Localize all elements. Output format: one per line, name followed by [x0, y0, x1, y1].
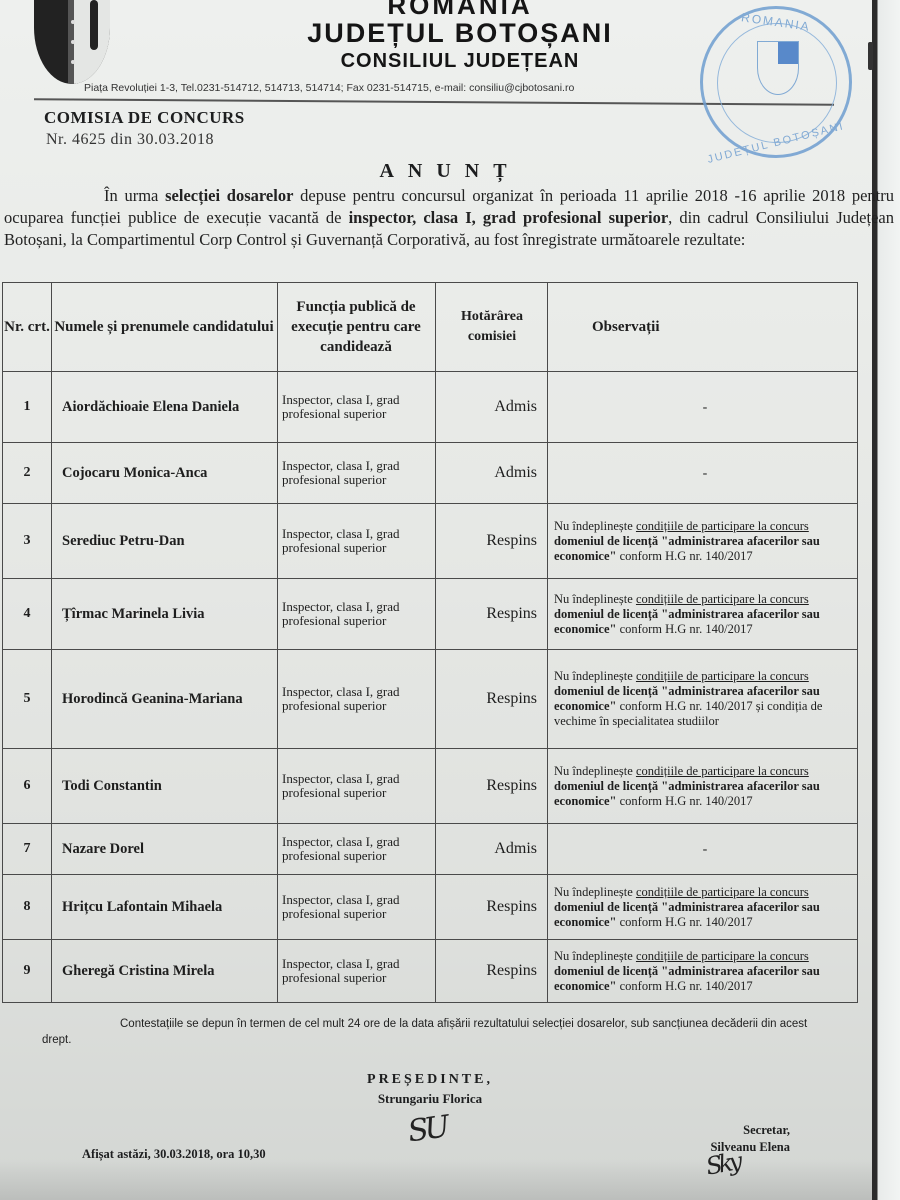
- obs-underlined: condițiile de participare la concurs: [636, 592, 809, 606]
- cell-name: Gheregă Cristina Mirela: [52, 940, 278, 1003]
- cell-function: Inspector, clasa I, grad profesional sup…: [278, 443, 436, 504]
- obs-text: conform H.G nr. 140/2017: [616, 794, 752, 808]
- header-decision: Hotărârea comisiei: [436, 283, 548, 372]
- cell-observations: Nu îndeplinește condițiile de participar…: [548, 749, 858, 824]
- cell-function: Inspector, clasa I, grad profesional sup…: [278, 650, 436, 749]
- header-address: Piața Revoluției 1-3, Tel.0231-514712, 5…: [84, 82, 804, 94]
- header-county: JUDEȚUL BOTOȘANI: [200, 18, 720, 49]
- obs-text: Nu îndeplinește: [554, 764, 636, 778]
- cell-observations: -: [548, 824, 858, 875]
- cell-name: Nazare Dorel: [52, 824, 278, 875]
- cell-decision: Respins: [436, 579, 548, 650]
- president-title: PREȘEDINTE,: [280, 1072, 580, 1088]
- cell-nr: 5: [3, 650, 52, 749]
- obs-text: Nu îndeplinește: [554, 592, 636, 606]
- cell-nr: 9: [3, 940, 52, 1003]
- cell-decision: Respins: [436, 749, 548, 824]
- cell-nr: 8: [3, 875, 52, 940]
- obs-underlined: condițiile de participare la concurs: [636, 519, 809, 533]
- cell-name: Hrițcu Lafontain Mihaela: [52, 875, 278, 940]
- table-row: 2Cojocaru Monica-AncaInspector, clasa I,…: [3, 443, 858, 504]
- posted-date: Afișat astăzi, 30.03.2018, ora 10,30: [82, 1147, 266, 1162]
- cell-decision: Respins: [436, 504, 548, 579]
- intro-bold: selecției dosarelor: [165, 186, 293, 205]
- cell-decision: Respins: [436, 875, 548, 940]
- appeal-notice: Contestațiile se depun în termen de cel …: [42, 1016, 832, 1048]
- obs-text: Nu îndeplinește: [554, 669, 636, 683]
- cell-nr: 7: [3, 824, 52, 875]
- cell-nr: 3: [3, 504, 52, 579]
- table-row: 5Horodincă Geanina-MarianaInspector, cla…: [3, 650, 858, 749]
- cell-name: Serediuc Petru-Dan: [52, 504, 278, 579]
- table-row: 9Gheregă Cristina MirelaInspector, clasa…: [3, 940, 858, 1003]
- cell-name: Cojocaru Monica-Anca: [52, 443, 278, 504]
- cell-observations: Nu îndeplinește condițiile de participar…: [548, 504, 858, 579]
- cell-function: Inspector, clasa I, grad profesional sup…: [278, 824, 436, 875]
- cell-nr: 2: [3, 443, 52, 504]
- header-name: Numele și prenumele candidatului: [52, 283, 278, 372]
- table-row: 8Hrițcu Lafontain MihaelaInspector, clas…: [3, 875, 858, 940]
- obs-empty: -: [554, 466, 856, 481]
- obs-underlined: condițiile de participare la concurs: [636, 949, 809, 963]
- header-council: CONSILIUL JUDEȚEAN: [200, 50, 720, 73]
- intro-bold: inspector, clasa I, grad profesional sup…: [349, 208, 669, 227]
- secretary-signature: Sky: [704, 1147, 741, 1180]
- cell-observations: Nu îndeplinește condițiile de participar…: [548, 650, 858, 749]
- cell-observations: Nu îndeplinește condițiile de participar…: [548, 875, 858, 940]
- obs-text: Nu îndeplinește: [554, 519, 636, 533]
- cell-decision: Respins: [436, 940, 548, 1003]
- obs-text: conform H.G nr. 140/2017: [616, 915, 752, 929]
- obs-text: Nu îndeplinește: [554, 949, 636, 963]
- cell-nr: 4: [3, 579, 52, 650]
- cell-observations: Nu îndeplinește condițiile de participar…: [548, 940, 858, 1003]
- obs-empty: -: [554, 842, 856, 857]
- cell-function: Inspector, clasa I, grad profesional sup…: [278, 940, 436, 1003]
- paper-fold: [0, 1160, 872, 1200]
- cell-observations: -: [548, 443, 858, 504]
- cell-function: Inspector, clasa I, grad profesional sup…: [278, 749, 436, 824]
- official-stamp-icon: ROMANIA JUDEȚUL BOTOȘANI: [700, 6, 852, 158]
- cell-decision: Admis: [436, 443, 548, 504]
- header-observations: Observații: [548, 283, 858, 372]
- cell-function: Inspector, clasa I, grad profesional sup…: [278, 504, 436, 579]
- commission-name: COMISIA DE CONCURS: [44, 108, 245, 128]
- obs-text: conform H.G nr. 140/2017: [616, 699, 752, 713]
- cell-decision: Respins: [436, 650, 548, 749]
- cell-name: Țîrmac Marinela Livia: [52, 579, 278, 650]
- table-row: 1Aiordăchioaie Elena DanielaInspector, c…: [3, 372, 858, 443]
- table-row: 4Țîrmac Marinela LiviaInspector, clasa I…: [3, 579, 858, 650]
- obs-text: conform H.G nr. 140/2017: [616, 622, 752, 636]
- obs-text: conform H.G nr. 140/2017: [616, 979, 752, 993]
- president-signature: SU: [406, 1110, 448, 1150]
- cell-nr: 6: [3, 749, 52, 824]
- table-row: 6Todi ConstantinInspector, clasa I, grad…: [3, 749, 858, 824]
- table-header-row: Nr. crt. Numele și prenumele candidatulu…: [3, 283, 858, 372]
- intro-paragraph: În urma selecției dosarelor depuse pentr…: [4, 185, 894, 251]
- table-row: 7Nazare DorelInspector, clasa I, grad pr…: [3, 824, 858, 875]
- header-function: Funcția publică de execuție pentru care …: [278, 283, 436, 372]
- obs-text: Nu îndeplinește: [554, 885, 636, 899]
- cell-name: Horodincă Geanina-Mariana: [52, 650, 278, 749]
- cell-function: Inspector, clasa I, grad profesional sup…: [278, 579, 436, 650]
- cell-decision: Admis: [436, 824, 548, 875]
- document-number: Nr. 4625 din 30.03.2018: [46, 131, 214, 149]
- secretary-title: Secretar,: [660, 1122, 790, 1139]
- results-table: Nr. crt. Numele și prenumele candidatulu…: [2, 282, 858, 1003]
- header-nr: Nr. crt.: [3, 283, 52, 372]
- obs-underlined: condițiile de participare la concurs: [636, 885, 809, 899]
- intro-text: În urma: [104, 186, 165, 205]
- obs-underlined: condițiile de participare la concurs: [636, 764, 809, 778]
- obs-text: conform H.G nr. 140/2017: [616, 549, 752, 563]
- cell-observations: -: [548, 372, 858, 443]
- page-title: ANUNȚ: [0, 160, 900, 183]
- cell-function: Inspector, clasa I, grad profesional sup…: [278, 372, 436, 443]
- cell-name: Todi Constantin: [52, 749, 278, 824]
- cell-decision: Admis: [436, 372, 548, 443]
- cell-name: Aiordăchioaie Elena Daniela: [52, 372, 278, 443]
- cell-function: Inspector, clasa I, grad profesional sup…: [278, 875, 436, 940]
- obs-empty: -: [554, 400, 856, 415]
- table-row: 3Serediuc Petru-DanInspector, clasa I, g…: [3, 504, 858, 579]
- cell-observations: Nu îndeplinește condițiile de participar…: [548, 579, 858, 650]
- obs-underlined: condițiile de participare la concurs: [636, 669, 809, 683]
- cell-nr: 1: [3, 372, 52, 443]
- side-mark: [868, 42, 873, 70]
- appeal-text: Contestațiile se depun în termen de cel …: [42, 1018, 807, 1046]
- president-name: Strungariu Florica: [280, 1091, 580, 1107]
